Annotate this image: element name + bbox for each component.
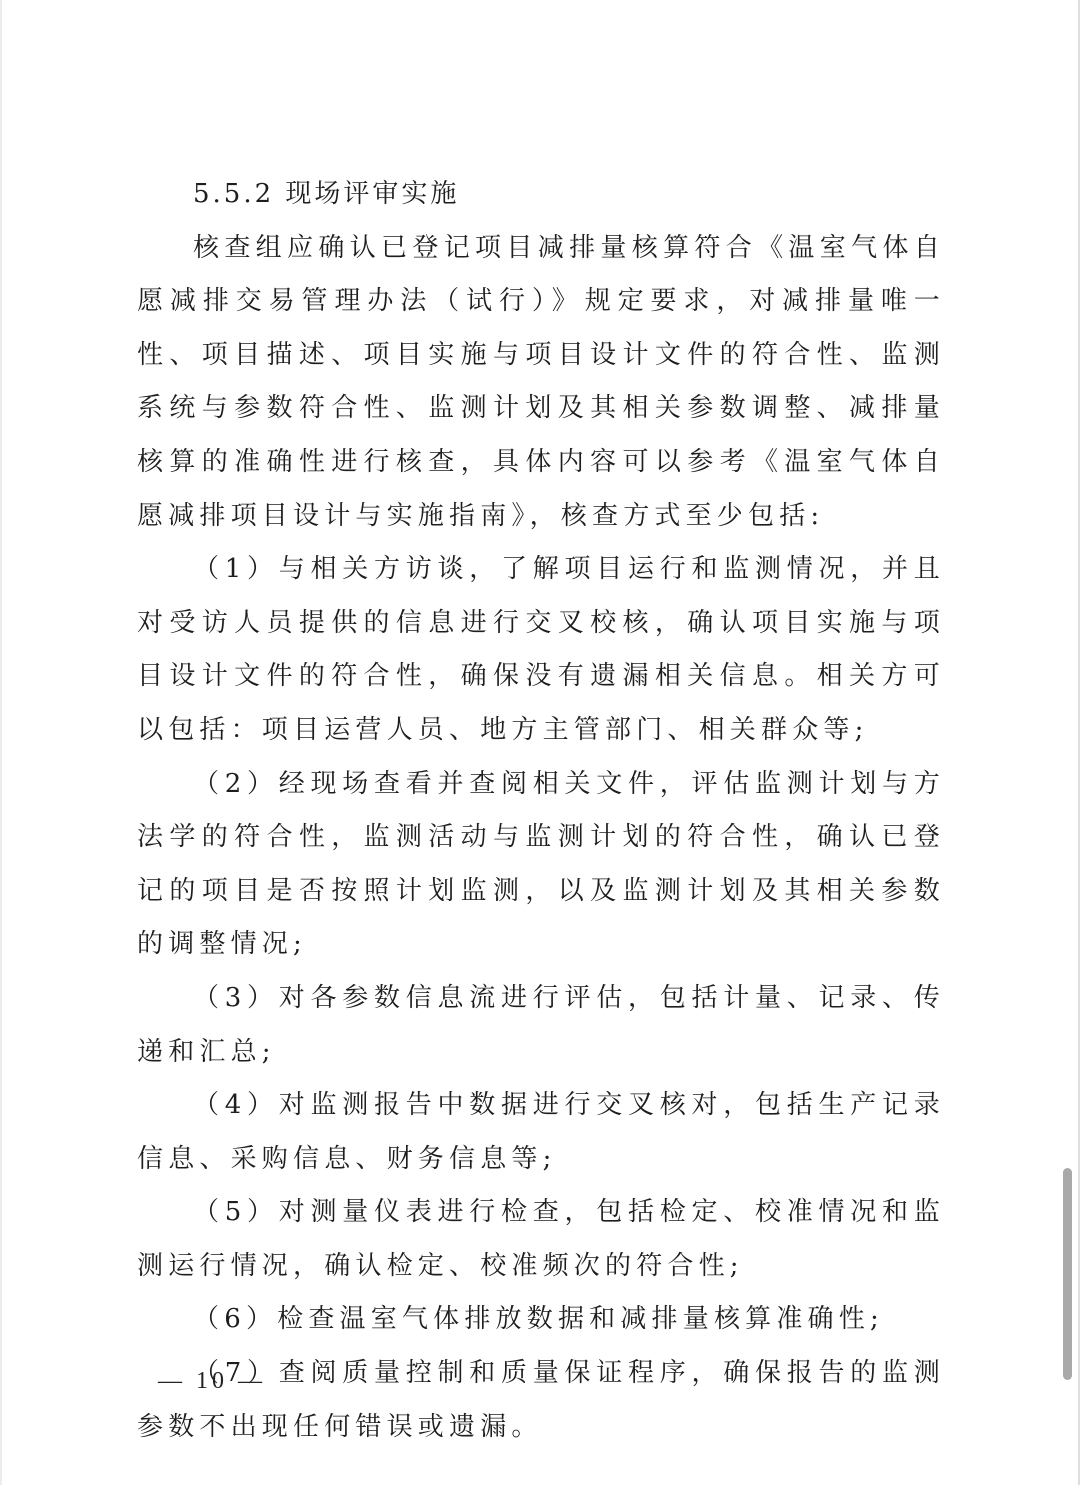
list-item-2: （2）经现场查看并查阅相关文件，评估监测计划与方法学的符合性，监测活动与监测计划… (137, 758, 945, 972)
intro-paragraph: 核查组应确认已登记项目减排量核算符合《温室气体自愿减排交易管理办法（试行）》规定… (137, 222, 945, 544)
list-item-1: （1）与相关方访谈，了解项目运行和监测情况，并且对受访人员提供的信息进行交叉校核… (137, 543, 945, 757)
section-heading: 5.5.2 现场评审实施 (137, 168, 945, 222)
list-item-5: （5）对测量仪表进行检查，包括检定、校准情况和监测运行情况，确认检定、校准频次的… (137, 1186, 945, 1293)
list-item-7: （7）查阅质量控制和质量保证程序，确保报告的监测参数不出现任何错误或遗漏。 (137, 1347, 945, 1454)
page-edge-left (0, 0, 2, 1485)
list-item-4: （4）对监测报告中数据进行交叉核对，包括生产记录信息、采购信息、财务信息等; (137, 1079, 945, 1186)
list-item-6: （6）检查温室气体排放数据和减排量核算准确性; (137, 1293, 945, 1347)
page-number: — 10 — (158, 1368, 266, 1395)
document-body: 5.5.2 现场评审实施 核查组应确认已登记项目减排量核算符合《温室气体自愿减排… (137, 168, 945, 1454)
scrollbar-thumb[interactable] (1063, 1168, 1072, 1380)
list-item-3: （3）对各参数信息流进行评估，包括计量、记录、传递和汇总; (137, 972, 945, 1079)
